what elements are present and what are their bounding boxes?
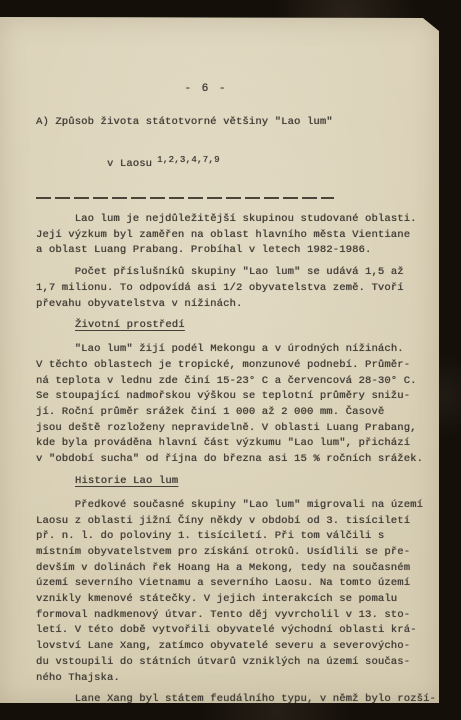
scan-backdrop: - 6 - A) Způsob života státotvorné větši… (0, 0, 461, 720)
section-zivotni-prostredi-paragraph: "Lao lum" žijí podél Mekongu a v úrodnýc… (36, 342, 438, 468)
document-title-block: A) Způsob života státotvorné většiny "La… (36, 113, 439, 199)
section-heading-historie-lao-lum: Historie Lao lum (75, 474, 439, 489)
page-number: - 6 - (36, 83, 376, 95)
title-underline-rule (36, 197, 334, 199)
title-footnote-references: 1,2,3,4,7,9 (157, 155, 220, 165)
title-line-2: v Laosu1,2,3,4,7,9 (36, 132, 439, 193)
title-line-2-text: v Laosu (88, 158, 153, 170)
section-heading-zivotni-prostredi: Životní prostředí (75, 318, 439, 333)
section-historie-paragraph-1: Předkové současné skupiny "Lao lum" migr… (36, 498, 438, 686)
document-page: - 6 - A) Způsob života státotvorné větši… (0, 17, 439, 703)
title-line-1: A) Způsob života státotvorné většiny "La… (36, 113, 439, 132)
intro-paragraph-2: Počet příslušníků skupiny "Lao lum" se u… (36, 265, 438, 312)
section-historie-paragraph-2: Lane Xang byl státem feudálního typu, v … (36, 692, 438, 720)
intro-paragraph-1: Lao lum je nejdůležitější skupinou studo… (36, 212, 438, 259)
